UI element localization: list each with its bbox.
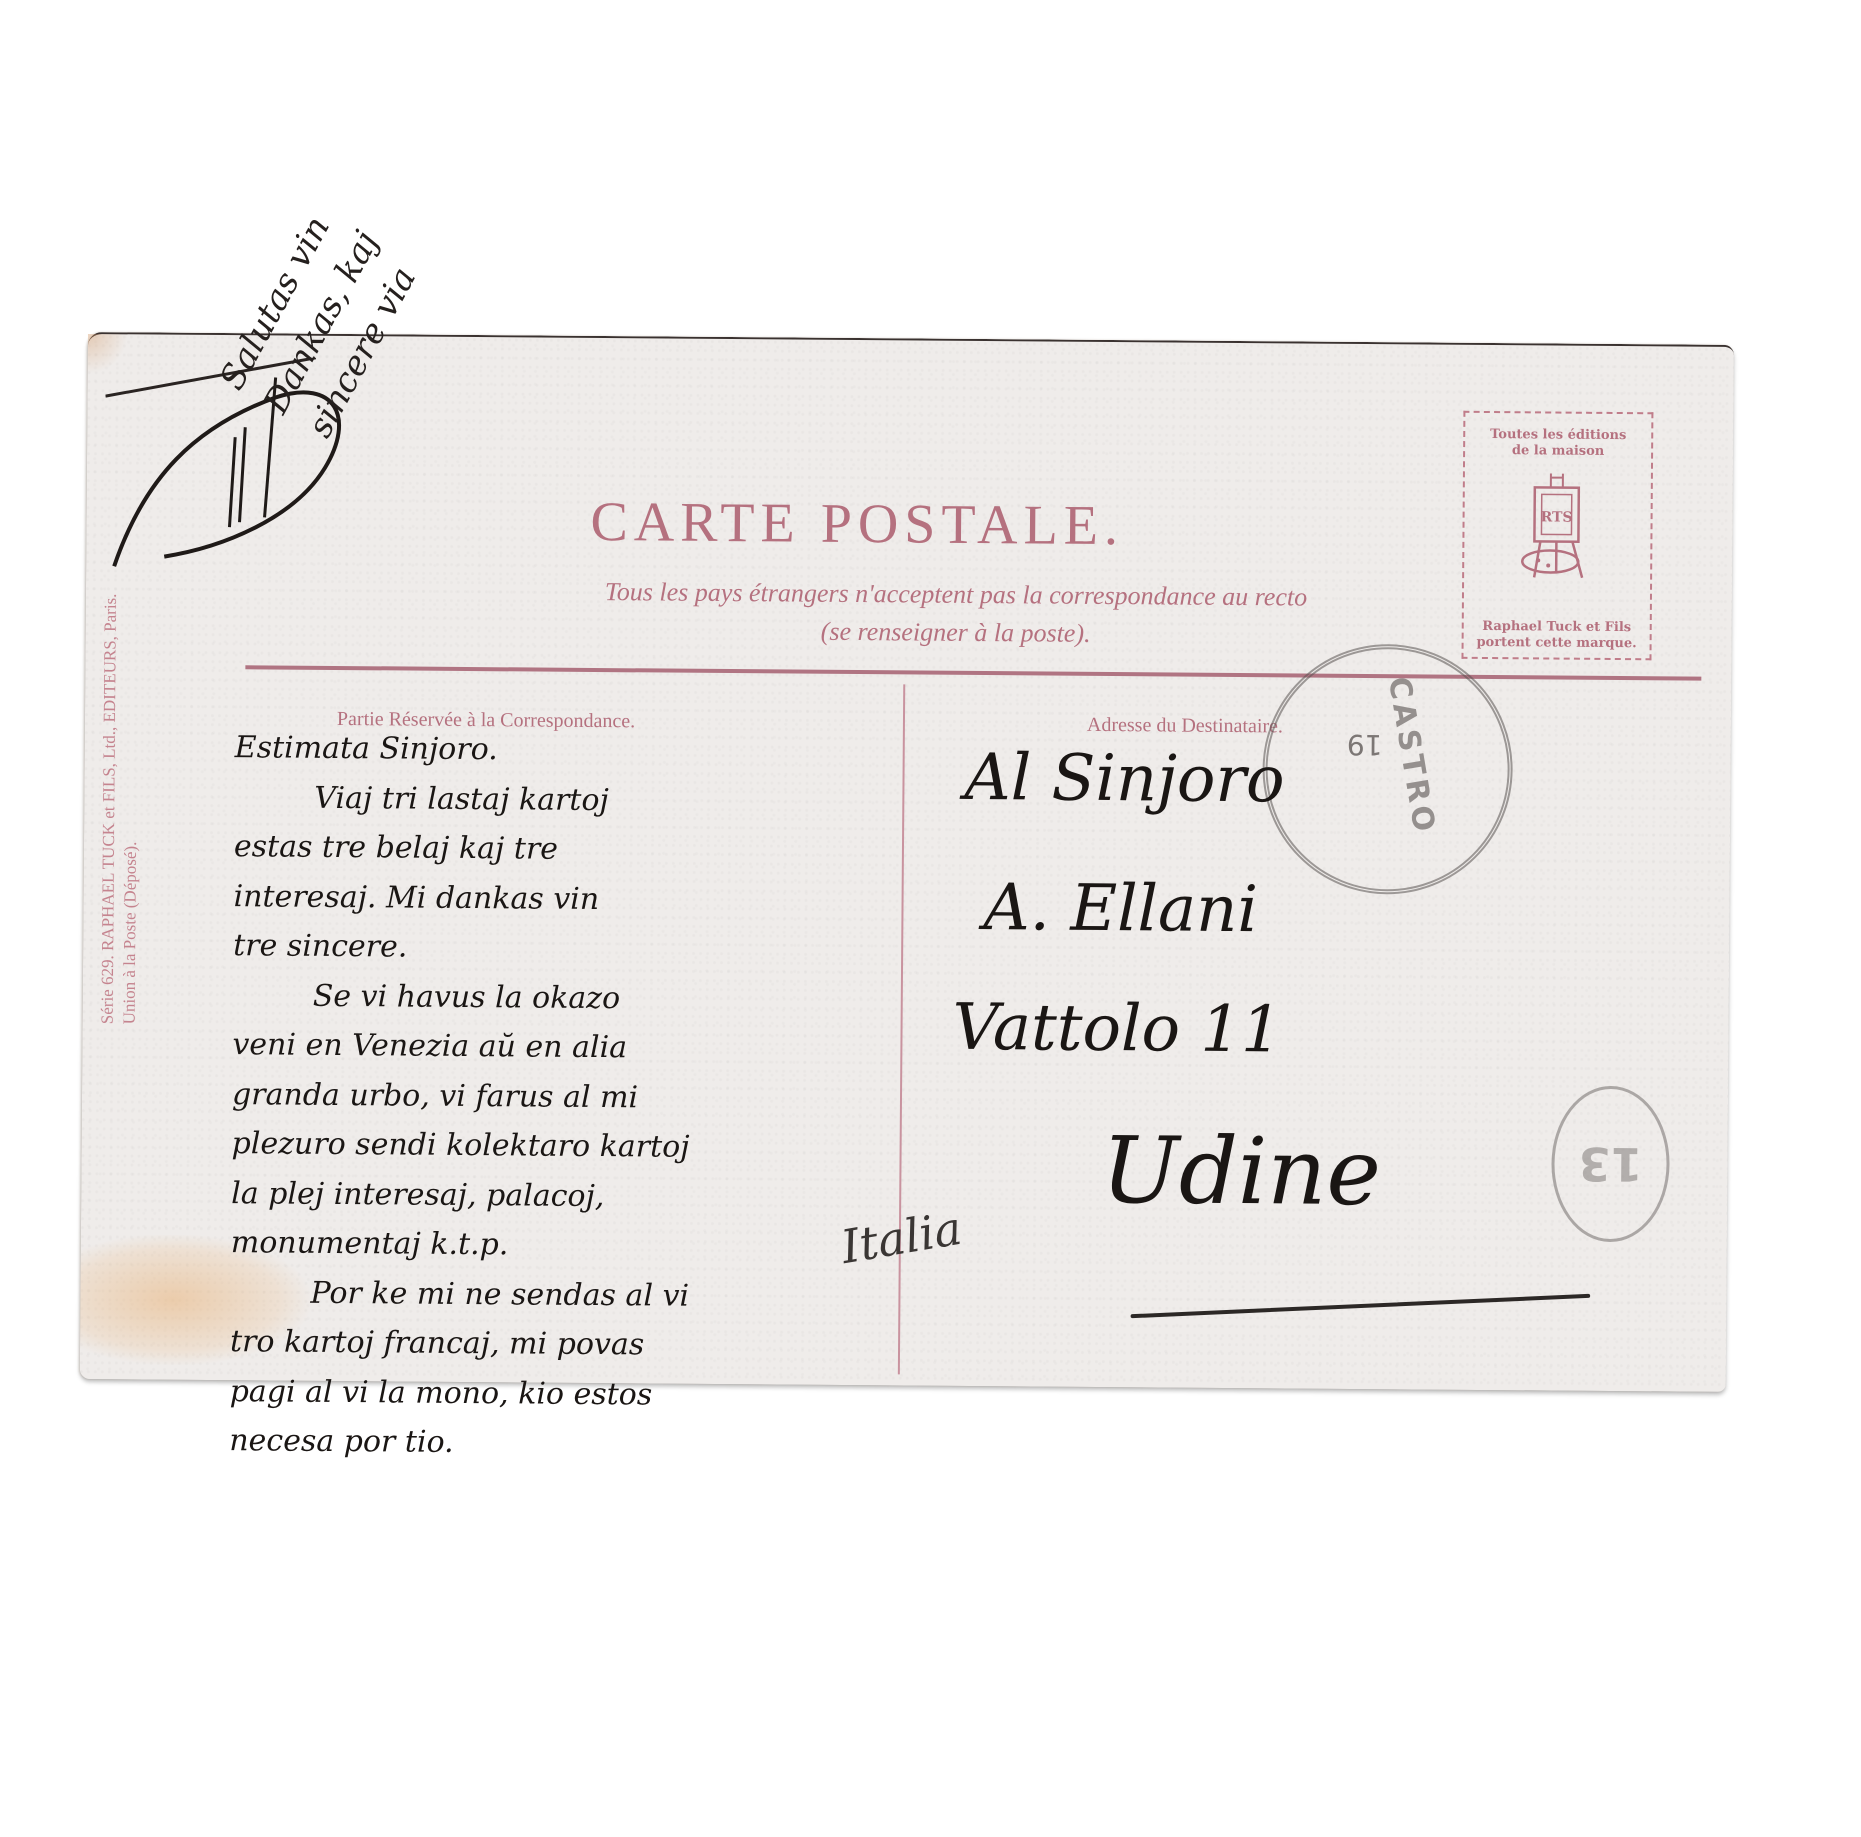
address-city: Udine bbox=[1101, 1117, 1381, 1226]
publisher-imprint: Série 629. RAPHAEL TUCK et FILS, Ltd., E… bbox=[97, 364, 146, 1024]
card-title: CARTE POSTALE. bbox=[590, 490, 1124, 558]
message-line: Estimata Sinjoro. bbox=[235, 723, 694, 776]
address-line-3: Vattolo 11 bbox=[952, 991, 1282, 1068]
horizontal-divider bbox=[245, 665, 1701, 680]
postmark-day: 19 bbox=[1347, 728, 1383, 761]
city-underline bbox=[1131, 1294, 1591, 1318]
message-line: necesa por tio. bbox=[229, 1416, 688, 1469]
vertical-divider bbox=[898, 684, 905, 1374]
message-line: la plej interesaj, palacoj, bbox=[231, 1169, 690, 1222]
message-line: tro kartoj francaj, mi povas bbox=[230, 1317, 689, 1370]
message-line: estas tre belaj kaj tre bbox=[234, 822, 693, 875]
trademark-bottom-line-2: portent cette marque. bbox=[1464, 635, 1650, 652]
trademark-box: Toutes les éditions de la maison RTS Rap… bbox=[1461, 411, 1653, 660]
message-line: Viaj tri lastaj kartoj bbox=[234, 773, 693, 826]
message-line: Se vi havus la okazo bbox=[233, 971, 692, 1024]
trademark-top-line-2: de la maison bbox=[1465, 443, 1651, 460]
publisher-imprint-line-2: Union à la Poste (Déposé). bbox=[119, 364, 146, 1024]
handwritten-message: Estimata Sinjoro. Viaj tri lastaj kartoj… bbox=[229, 723, 693, 1469]
postcard: Salutas vin Dankas, kaj sincere via CART… bbox=[80, 332, 1734, 1392]
address-line-2: A. Ellani bbox=[983, 871, 1258, 947]
postal-notice: Tous les pays étrangers n'acceptent pas … bbox=[426, 572, 1487, 656]
oval-postmark: 13 bbox=[1551, 1086, 1670, 1243]
address-label: Adresse du Destinataire. bbox=[1087, 714, 1283, 739]
oval-postmark-number: 13 bbox=[1578, 1137, 1642, 1192]
trademark-bottom-text: Raphael Tuck et Fils portent cette marqu… bbox=[1464, 619, 1650, 652]
message-line: pagi al vi la mono, kio estos bbox=[229, 1367, 688, 1420]
message-line: granda urbo, vi farus al mi bbox=[232, 1070, 691, 1123]
message-line: interesaj. Mi dankas vin bbox=[233, 872, 692, 925]
postal-notice-line-2: (se renseigner à la poste). bbox=[426, 610, 1486, 656]
easel-palette-icon: RTS bbox=[1514, 473, 1605, 584]
message-line: veni en Venezia aŭ en alia bbox=[232, 1020, 691, 1073]
trademark-bottom-line-1: Raphael Tuck et Fils bbox=[1464, 619, 1650, 636]
address-line-1: Al Sinjoro bbox=[964, 741, 1285, 818]
address-country: Italia bbox=[837, 1201, 965, 1274]
message-line: tre sincere. bbox=[233, 921, 692, 974]
svg-text:RTS: RTS bbox=[1541, 509, 1573, 525]
message-line: plezuro sendi kolektaro kartoj bbox=[231, 1119, 690, 1172]
trademark-top-line-1: Toutes les éditions bbox=[1465, 427, 1651, 444]
message-line: Por ke mi ne sendas al vi bbox=[230, 1268, 689, 1321]
trademark-top-text: Toutes les éditions de la maison bbox=[1465, 427, 1651, 460]
message-line: monumentaj k.t.p. bbox=[231, 1218, 690, 1271]
